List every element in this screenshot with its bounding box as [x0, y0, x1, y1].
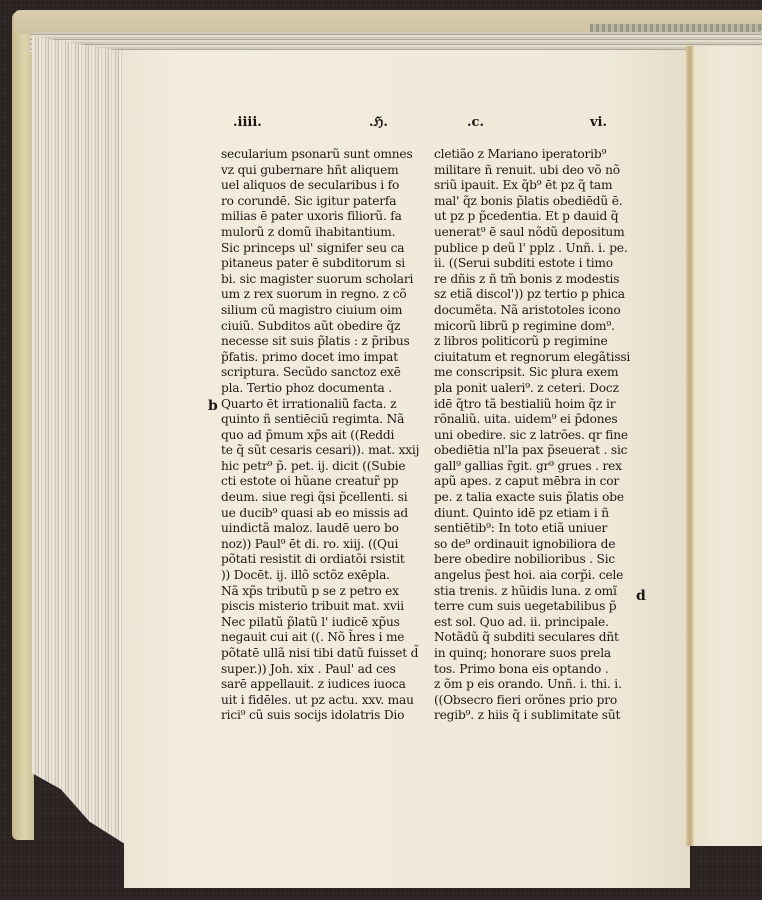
- text-line: angelus p̃est hoi. aia corp̃i. cele: [434, 568, 630, 584]
- text-line: rõnaliũ. uita. uidem⁹ ei p̃dones: [434, 412, 630, 428]
- text-line: um z rex suorum in regno. z cõ: [221, 287, 419, 303]
- page-stack-fore-edge: [32, 36, 128, 846]
- text-line: hic petr⁹ p̃. pet. ij. dicit ((Subie: [221, 459, 419, 475]
- text-line: cti estote oi hũane creatur̃ pp: [221, 474, 419, 490]
- text-line: apũ apes. z caput mēbra in cor: [434, 474, 630, 490]
- text-line: sarē appellauit. z iudices iuoca: [221, 677, 419, 693]
- text-line: ro corundē. Sic igitur paterfa: [221, 194, 419, 210]
- text-line: ut pz p p̃cedentia. Et p dauid q̃: [434, 209, 630, 225]
- text-line: põtati resistit di ordiatõi rsistit: [221, 552, 419, 568]
- text-line: te q̃ sũt cesaris cesari)). mat. xxij: [221, 443, 419, 459]
- section-mark: .ℌ.: [369, 115, 388, 130]
- text-line: cletião z Mariano iperatorib⁹: [434, 147, 630, 163]
- folio-right: vi.: [590, 115, 607, 130]
- text-line: documẽta. Nã aristotoles icono: [434, 303, 630, 319]
- text-line: publice p deũ l' pplz . Unñ. i. pe.: [434, 241, 630, 257]
- text-line: mulorũ z domũ ihabitantium.: [221, 225, 419, 241]
- text-line: uni obedire. sic z latrões. qr fine: [434, 428, 630, 444]
- text-line: piscis misterio tribuit mat. xvii: [221, 599, 419, 615]
- text-line: sriũ ipauit. Ex q̃b⁹ ēt pz q̃ tam: [434, 178, 630, 194]
- text-line: regib⁹. z hiis q̃ i sublimitate sũt: [434, 708, 630, 724]
- text-line: uel aliquos de secularibus i fo: [221, 178, 419, 194]
- text-line: sentiētib⁹: In toto etiã uniuer: [434, 521, 630, 537]
- text-line: tos. Primo bona eis optando .: [434, 662, 630, 678]
- text-line: deum. siue regi q̃si p̃cellenti. si: [221, 490, 419, 506]
- text-line: Sic princeps ul' signifer seu ca: [221, 241, 419, 257]
- text-column-left: secularium psonarũ sunt omnesvz qui gube…: [221, 147, 419, 724]
- text-line: uindictã maloz. laudē uero bo: [221, 521, 419, 537]
- text-line: Nec pilatũ p̃latũ l' iudicē xp̃us: [221, 615, 419, 631]
- text-line: mal' q̃z bonis p̃latis obediēdũ ē.: [434, 194, 630, 210]
- text-line: silium cũ magistro ciuium oim: [221, 303, 419, 319]
- text-line: ue ducib⁹ quasi ab eo missis ad: [221, 506, 419, 522]
- margin-letter-b: b: [208, 398, 218, 414]
- text-line: idē q̃tro tã bestialiũ hoim q̃z ir: [434, 397, 630, 413]
- text-line: negauit cui ait ((. Nõ h̃res i me: [221, 630, 419, 646]
- text-line: pitaneus pater ē subditorum si: [221, 256, 419, 272]
- text-line: sz etiã discol')) pz tertio p phica: [434, 287, 630, 303]
- text-line: z õm p eis orando. Unñ. i. thi. i.: [434, 677, 630, 693]
- text-line: necesse sit suis p̃latis : z p̃ribus: [221, 334, 419, 350]
- text-line: bi. sic magister suorum scholari: [221, 272, 419, 288]
- text-line: obediētia nl'la pax p̃seuerat . sic: [434, 443, 630, 459]
- text-line: vz qui gubernare hñt aliquem: [221, 163, 419, 179]
- text-line: Nã xp̃s tributũ p se z petro ex: [221, 584, 419, 600]
- chapter-mark: .c.: [467, 115, 484, 130]
- text-line: gall⁹ gallias r̃git. gr⁹ grues . rex: [434, 459, 630, 475]
- text-line: scriptura. Secũdo sanctoz exē: [221, 365, 419, 381]
- text-line: me conscripsit. Sic plura exem: [434, 365, 630, 381]
- text-line: quo ad p̃mum xp̃s ait ((Reddi: [221, 428, 419, 444]
- text-line: secularium psonarũ sunt omnes: [221, 147, 419, 163]
- text-line: z libros politicorũ p regimine: [434, 334, 630, 350]
- text-line: milias ē pater uxoris filiorũ. fa: [221, 209, 419, 225]
- text-line: militare ñ renuit. ubi deo võ nõ: [434, 163, 630, 179]
- text-line: ciuitatum et regnorum elegãtissi: [434, 350, 630, 366]
- text-line: in quinq; honorare suos prela: [434, 646, 630, 662]
- text-line: re dñis z ñ tm̃ bonis z modestis: [434, 272, 630, 288]
- text-line: rici⁹ cũ suis socijs idolatris Dio: [221, 708, 419, 724]
- text-line: so de⁹ ordinauit ignobiliora de: [434, 537, 630, 553]
- text-line: ((Obsecro fieri orõnes prio pro: [434, 693, 630, 709]
- vellum-binding-left: [12, 12, 34, 840]
- text-line: noz)) Paul⁹ ēt di. ro. xiij. ((Qui: [221, 537, 419, 553]
- text-line: micorũ librũ p regimine dom⁹.: [434, 319, 630, 335]
- text-line: bere obedire nobilioribus . Sic: [434, 552, 630, 568]
- text-line: p̃fatis. primo docet imo impat: [221, 350, 419, 366]
- text-line: est sol. Quo ad. ii. principale.: [434, 615, 630, 631]
- text-line: uit i fidēles. ut pz actu. xxv. mau: [221, 693, 419, 709]
- text-line: Notãdũ q̃ subditi seculares dñt: [434, 630, 630, 646]
- folio-left: .iiii.: [233, 115, 262, 130]
- text-line: uenerat⁹ ē saul nõdũ depositum: [434, 225, 630, 241]
- text-line: ii. ((Serui subditi estote i timo: [434, 256, 630, 272]
- text-line: super.)) Joh. xix . Paul' ad ces: [221, 662, 419, 678]
- text-line: pla ponit ualeri⁹. z ceteri. Docz: [434, 381, 630, 397]
- text-line: )) Docēt. ij. illõ sctõz exēpla.: [221, 568, 419, 584]
- text-line: terre cum suis uegetabilibus p̃: [434, 599, 630, 615]
- recto-page-edge: [694, 46, 762, 846]
- text-column-right: cletião z Mariano iperatorib⁹militare ñ …: [434, 147, 630, 724]
- text-line: quinto ñ sentiēciũ regimta. Nã: [221, 412, 419, 428]
- margin-letter-d: d: [636, 588, 646, 604]
- text-line: diunt. Quinto idē pz etiam i ñ: [434, 506, 630, 522]
- gutter: [686, 46, 694, 846]
- text-line: Quarto ēt irrationaliũ facta. z: [221, 397, 419, 413]
- text-line: stia trenis. z hũidis luna. z omĩ: [434, 584, 630, 600]
- text-line: ciuiũ. Subditos aũt obedire q̃z: [221, 319, 419, 335]
- text-line: pe. z talia exacte suis p̃latis obe: [434, 490, 630, 506]
- text-line: põtatē ullã nisi tibi datũ fuisset d̃: [221, 646, 419, 662]
- text-line: pla. Tertio phoz documenta .: [221, 381, 419, 397]
